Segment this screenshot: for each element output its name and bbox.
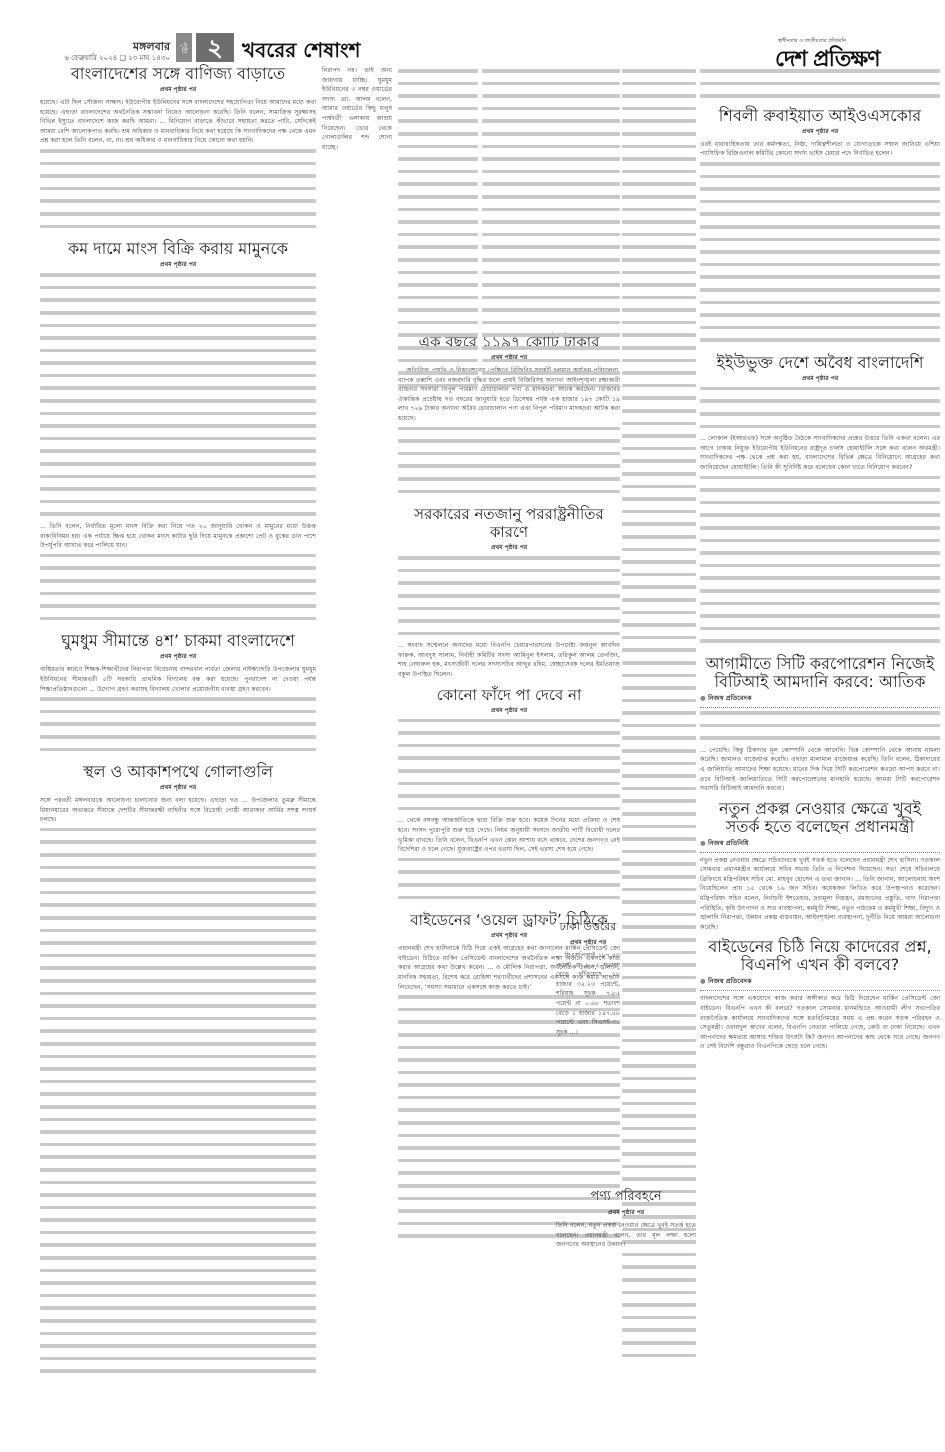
text-filler — [398, 82, 478, 92]
article-body: হয়েছে। এটা ছিল সৌজন্য সাক্ষাৎ। ইউরোপীয়… — [40, 98, 316, 146]
text-filler — [398, 594, 620, 604]
text-filler — [40, 225, 316, 235]
text-filler — [40, 1306, 316, 1316]
article-eu-illegal: ইইউভুক্ত দেশে অবৈধ বাংলাদেশি প্রথম পৃষ্ঠ… — [700, 354, 940, 649]
text-filler — [40, 903, 316, 913]
text-filler — [482, 258, 620, 268]
text-filler — [700, 564, 940, 574]
text-filler — [40, 1357, 316, 1367]
text-filler — [622, 862, 696, 872]
text-filler — [622, 674, 696, 684]
text-filler — [622, 1014, 696, 1024]
text-filler — [398, 308, 478, 318]
text-filler — [700, 175, 940, 185]
text-filler — [622, 447, 696, 457]
text-filler — [398, 271, 478, 281]
text-filler — [622, 346, 696, 356]
text-filler — [622, 749, 696, 759]
text-filler — [482, 359, 620, 369]
text-filler — [622, 94, 696, 104]
article-body: বাংলাদেশের সঙ্গে একযোগে কাজ করার অঙ্গীকা… — [700, 994, 940, 1052]
text-filler — [622, 1114, 696, 1124]
text-filler — [622, 119, 696, 129]
text-filler — [398, 94, 478, 104]
text-filler — [40, 1017, 316, 1027]
text-filler — [700, 82, 940, 92]
text-filler — [40, 828, 316, 838]
text-filler — [622, 560, 696, 570]
text-filler — [622, 296, 696, 306]
article-shibli: শিবলী রুবাইয়াত আইওএসকোর প্রথম পৃষ্ঠার প… — [700, 107, 940, 348]
text-filler — [398, 756, 620, 766]
text-filler — [40, 149, 316, 159]
text-filler — [700, 94, 940, 104]
text-filler — [40, 475, 316, 485]
text-filler — [398, 170, 478, 180]
text-filler — [622, 736, 696, 746]
text-filler — [40, 1118, 316, 1128]
article-headline: বাংলাদেশের সঙ্গে বাণিজ্য বাড়াতে — [40, 65, 316, 83]
text-filler — [40, 1281, 316, 1291]
text-filler — [622, 1127, 696, 1137]
text-filler — [622, 1165, 696, 1175]
text-filler — [622, 774, 696, 784]
text-filler — [622, 1341, 696, 1351]
text-filler — [622, 182, 696, 192]
text-filler — [40, 361, 316, 371]
text-filler — [622, 598, 696, 608]
text-filler — [40, 374, 316, 384]
text-filler — [398, 490, 620, 500]
text-filler — [40, 386, 316, 396]
text-filler — [398, 145, 478, 155]
text-filler — [622, 585, 696, 595]
text-filler — [40, 866, 316, 876]
text-filler — [622, 170, 696, 180]
text-filler — [622, 82, 696, 92]
text-filler — [622, 1089, 696, 1099]
text-filler — [40, 979, 316, 989]
text-filler — [482, 321, 620, 331]
text-filler — [398, 296, 478, 306]
text-filler — [398, 1108, 620, 1118]
text-filler — [40, 916, 316, 926]
text-filler — [40, 878, 316, 888]
text-filler — [700, 476, 940, 486]
bullet-icon: ● — [700, 839, 708, 847]
text-filler — [40, 1029, 316, 1039]
text-filler — [622, 422, 696, 432]
text-filler — [398, 569, 620, 579]
text-filler — [482, 233, 620, 243]
text-filler — [398, 1121, 620, 1131]
article-body: ... সংবাদ সম্মেলনে অন্যদের মধ্যে বিএনপি … — [398, 641, 620, 679]
text-filler — [700, 338, 940, 348]
text-filler — [700, 602, 940, 612]
article-foreign-policy: সরকারের নতজানু পররাষ্ট্রনীতির কারণে প্রথ… — [398, 505, 620, 680]
text-filler — [398, 157, 478, 167]
text-filler — [700, 212, 940, 222]
text-filler — [40, 412, 316, 422]
article-body: ... লোকাল (ইআরএফ) সঙ্গে অনুষ্ঠিত বৈঠকে স… — [700, 434, 940, 472]
continuation-label: প্রথম পৃষ্ঠার পর — [556, 1207, 696, 1218]
text-filler — [398, 464, 620, 474]
byline-text: নিজস্ব প্রতিবেদক — [708, 977, 752, 985]
text-filler — [398, 384, 478, 394]
text-filler — [40, 437, 316, 447]
text-filler — [622, 434, 696, 444]
text-filler — [398, 607, 620, 617]
text-filler — [622, 963, 696, 973]
text-filler — [700, 250, 940, 260]
text-filler — [622, 157, 696, 167]
text-filler — [700, 639, 940, 649]
text-filler — [40, 710, 316, 720]
text-filler — [482, 182, 620, 192]
article-headline: পণ্য পরিবহনে — [556, 1188, 696, 1206]
byline: ● নিজস্ব প্রতিনিধি — [700, 838, 940, 849]
text-filler — [482, 119, 620, 129]
text-filler — [40, 1319, 316, 1329]
text-filler — [40, 298, 316, 308]
text-filler — [622, 812, 696, 822]
text-filler — [398, 182, 478, 192]
article-new-projects: নতুন প্রকল্প নেওয়ার ক্ষেত্রে খুবই সতর্ক… — [700, 800, 940, 933]
text-filler — [40, 349, 316, 359]
column-market-stats: ঢাকা উত্তরের প্রথম পৃষ্ঠার পর ... সিএসপি… — [556, 915, 620, 1037]
text-filler — [622, 333, 696, 343]
text-filler — [398, 220, 478, 230]
text-filler — [482, 94, 620, 104]
continuation-label: প্রথম পৃষ্ঠার পর — [556, 937, 620, 948]
text-filler — [622, 1253, 696, 1263]
text-filler — [622, 245, 696, 255]
text-filler — [40, 1206, 316, 1216]
text-filler — [482, 271, 620, 281]
text-filler — [482, 107, 620, 117]
bullet-icon: ● — [700, 977, 708, 985]
text-filler — [700, 488, 940, 498]
text-filler — [622, 459, 696, 469]
text-filler — [700, 501, 940, 511]
text-filler — [622, 283, 696, 293]
text-filler — [398, 870, 620, 880]
text-filler — [40, 399, 316, 409]
text-filler — [622, 925, 696, 935]
text-filler — [398, 321, 478, 331]
text-filler — [622, 1039, 696, 1049]
text-filler — [700, 576, 940, 586]
column-middle-right-upper — [482, 66, 620, 393]
text-filler — [398, 1134, 620, 1144]
text-filler — [398, 883, 620, 893]
text-filler — [398, 1046, 620, 1056]
text-filler — [622, 611, 696, 621]
text-filler — [398, 858, 620, 868]
text-filler — [398, 581, 620, 591]
text-filler — [40, 1080, 316, 1090]
text-filler — [398, 439, 620, 449]
text-filler — [40, 1193, 316, 1203]
masthead: মঙ্গলবার ৬ ফেব্রুয়ারি ২০২৪ ❑ ২৩ মাঘ ১৪৩… — [0, 0, 945, 62]
text-filler — [482, 195, 620, 205]
article-trade: বাংলাদেশের সঙ্গে বাণিজ্য বাড়াতে প্রথম প… — [40, 65, 316, 234]
article-headline: কম দামে মাংস বিক্রি করায় মামুনকে — [40, 240, 316, 258]
text-filler — [40, 735, 316, 745]
text-filler — [40, 722, 316, 732]
text-filler — [398, 782, 620, 792]
text-filler — [398, 132, 478, 142]
text-filler — [700, 69, 940, 79]
article-body: এরই ধারাবাহিকতায় তার কর্মদক্ষতা, নিষ্ঠা… — [700, 140, 940, 159]
article-meat: কম দামে মাংস বিক্রি করায় মামুনকে প্রথম … — [40, 240, 316, 626]
text-filler — [622, 938, 696, 948]
text-filler — [700, 627, 940, 637]
byline: ● নিজস্ব প্রতিবেদক — [700, 976, 940, 987]
text-filler — [398, 896, 620, 906]
text-filler — [622, 233, 696, 243]
text-filler — [40, 462, 316, 472]
text-filler — [622, 573, 696, 583]
article-headline: সরকারের নতজানু পররাষ্ট্রনীতির কারণে — [398, 505, 620, 541]
text-filler — [40, 273, 316, 283]
text-filler — [482, 157, 620, 167]
text-filler — [622, 1077, 696, 1087]
text-filler — [40, 1168, 316, 1178]
text-filler — [482, 69, 620, 79]
text-filler — [700, 313, 940, 323]
text-filler — [40, 966, 316, 976]
text-filler — [700, 162, 940, 172]
text-filler — [622, 988, 696, 998]
text-filler — [700, 589, 940, 599]
text-filler — [700, 724, 940, 734]
text-filler — [622, 661, 696, 671]
text-filler — [40, 1181, 316, 1191]
text-filler — [398, 769, 620, 779]
text-filler — [482, 208, 620, 218]
text-filler — [40, 1143, 316, 1153]
article-body: ... থেকে বঙ্গবন্ধু আন্তর্জাতিকে দ্বারা ব… — [398, 816, 620, 854]
text-filler — [40, 954, 316, 964]
text-filler — [398, 477, 620, 487]
text-filler — [398, 107, 478, 117]
text-filler — [700, 513, 940, 523]
text-filler — [622, 535, 696, 545]
article-headline: ঢাকা উত্তরের — [556, 918, 620, 936]
text-filler — [622, 485, 696, 495]
continuation-label: প্রথম পৃষ্ঠার পর — [40, 782, 316, 793]
text-filler — [622, 69, 696, 79]
text-filler — [40, 512, 316, 522]
text-filler — [40, 1055, 316, 1065]
text-filler — [622, 1291, 696, 1301]
text-filler — [40, 840, 316, 850]
text-filler — [482, 296, 620, 306]
continuation-label: প্রথম পৃষ্ঠার পর — [40, 651, 316, 662]
text-filler — [622, 787, 696, 797]
text-filler — [622, 522, 696, 532]
text-filler — [622, 875, 696, 885]
text-filler — [700, 187, 940, 197]
text-filler — [40, 604, 316, 614]
text-filler — [398, 245, 478, 255]
text-filler — [398, 427, 620, 437]
text-filler — [482, 170, 620, 180]
text-filler — [482, 82, 620, 92]
text-filler — [40, 199, 316, 209]
text-filler — [398, 1159, 620, 1169]
text-filler — [40, 697, 316, 707]
text-filler — [398, 333, 478, 343]
text-filler — [482, 283, 620, 293]
text-filler — [622, 107, 696, 117]
text-filler — [622, 648, 696, 658]
text-filler — [40, 1269, 316, 1279]
text-filler — [622, 208, 696, 218]
text-filler — [398, 744, 620, 754]
text-filler — [622, 1064, 696, 1074]
text-filler — [40, 311, 316, 321]
text-filler — [700, 539, 940, 549]
article-body: সঙ্গে পরবর্তী মঙ্গলবারকে আলোচনা চালানোর … — [40, 796, 316, 825]
text-filler — [398, 452, 620, 462]
text-filler — [622, 1152, 696, 1162]
text-filler — [482, 384, 620, 394]
text-filler — [398, 119, 478, 129]
text-filler — [40, 592, 316, 602]
text-filler — [622, 497, 696, 507]
article-ghumdhum: ঘুমধুম সীমান্তে ৪শ’ চাকমা বাংলাদেশে প্রথ… — [40, 632, 316, 757]
continuation-label: প্রথম পৃষ্ঠার পর — [700, 373, 940, 384]
text-filler — [622, 548, 696, 558]
text-filler — [40, 487, 316, 497]
text-filler — [398, 731, 620, 741]
divider — [700, 852, 940, 853]
text-filler — [622, 623, 696, 633]
text-filler — [622, 1051, 696, 1061]
continuation-label: প্রথম পৃষ্ঠার পর — [700, 126, 940, 137]
article-headline: আগামীতে সিটি করপোরেশন নিজেই বিটিআই আমদান… — [700, 655, 940, 691]
text-filler — [622, 271, 696, 281]
text-filler — [398, 371, 478, 381]
text-filler — [40, 449, 316, 459]
article-headline: কোনো ফাঁদে পা দেবে না — [398, 686, 620, 704]
text-filler — [622, 132, 696, 142]
divider — [700, 990, 940, 991]
article-headline: ঘুমধুম সীমান্তে ৪শ’ চাকমা বাংলাদেশে — [40, 632, 316, 650]
text-filler — [482, 308, 620, 318]
continuation-label: প্রথম পৃষ্ঠার পর — [40, 84, 316, 95]
text-filler — [40, 929, 316, 939]
text-filler — [622, 1001, 696, 1011]
text-filler — [482, 220, 620, 230]
column-middle-upper — [398, 66, 478, 393]
text-filler — [398, 208, 478, 218]
text-filler — [40, 1067, 316, 1077]
text-filler — [622, 258, 696, 268]
column-right-narrow — [622, 66, 696, 1363]
text-filler — [398, 719, 620, 729]
text-filler — [700, 425, 940, 435]
text-filler — [622, 762, 696, 772]
text-filler — [622, 396, 696, 406]
text-filler — [700, 711, 940, 721]
continuation-label: প্রথম পৃষ্ঠার পর — [398, 542, 620, 553]
text-filler — [40, 187, 316, 197]
text-filler — [700, 412, 940, 422]
text-filler — [622, 195, 696, 205]
column-goods-transport: পণ্য পরিবহনে প্রথম পৃষ্ঠার পর তিনি বলেন,… — [556, 1185, 696, 1250]
article-no-trap: কোনো ফাঁদে পা দেবে না প্রথম পৃষ্ঠার পর .… — [398, 686, 620, 906]
text-filler — [482, 245, 620, 255]
text-filler — [700, 288, 940, 298]
text-filler — [398, 1171, 620, 1181]
text-filler — [622, 1316, 696, 1326]
text-filler — [622, 1139, 696, 1149]
article-body: অস্থিরতার কারণে শিক্ষক-শিক্ষার্থীদের নির… — [40, 665, 316, 694]
text-filler — [622, 711, 696, 721]
bullet-icon: ● — [700, 694, 708, 702]
text-filler — [40, 853, 316, 863]
text-filler — [622, 900, 696, 910]
text-filler — [622, 913, 696, 923]
text-filler — [482, 132, 620, 142]
column-right: শিবলী রুবাইয়াত আইওএসকোর প্রথম পৃষ্ঠার প… — [700, 66, 940, 1058]
text-filler — [700, 200, 940, 210]
text-filler — [398, 1096, 620, 1106]
article-headline: স্থল ও আকাশপথে গোলাগুলি — [40, 763, 316, 781]
text-filler — [398, 258, 478, 268]
text-filler — [622, 220, 696, 230]
text-filler — [622, 145, 696, 155]
text-filler — [622, 1026, 696, 1036]
text-filler — [482, 371, 620, 381]
text-filler — [40, 1243, 316, 1253]
article-headline: ইইউভুক্ত দেশে অবৈধ বাংলাদেশি — [700, 354, 940, 372]
text-filler — [482, 333, 620, 343]
text-filler — [40, 286, 316, 296]
column-narrow-continuation: নিরাপদ নয়। তাই অন্য জায়গায় যাচ্ছি। ঘু… — [322, 66, 392, 152]
article-gunfire: স্থল ও আকাশপথে গোলাগুলি প্রথম পৃষ্ঠার পর… — [40, 763, 316, 1379]
text-filler — [40, 1369, 316, 1379]
text-filler — [40, 424, 316, 434]
text-filler — [40, 941, 316, 951]
text-filler — [622, 321, 696, 331]
article-headline: শিবলী রুবাইয়াত আইওএসকোর — [700, 107, 940, 125]
text-filler — [398, 807, 620, 817]
text-filler — [398, 69, 478, 79]
text-filler — [40, 212, 316, 222]
text-filler — [40, 1004, 316, 1014]
byline-text: নিজস্ব প্রতিনিধি — [708, 839, 749, 847]
text-filler — [398, 1083, 620, 1093]
text-filler — [40, 174, 316, 184]
text-filler — [622, 799, 696, 809]
text-filler — [622, 724, 696, 734]
text-filler — [700, 301, 940, 311]
text-filler — [40, 566, 316, 576]
article-headline: বাইডেনের চিঠি নিয়ে কাদেরের প্রশ্ন, বিএন… — [700, 938, 940, 974]
article-body: ... তিনি বলেন, নির্ধারিত মূল্যে মাংস বিক… — [40, 522, 316, 551]
text-filler — [398, 556, 620, 566]
text-filler — [622, 1328, 696, 1338]
text-filler — [622, 510, 696, 520]
text-filler — [40, 992, 316, 1002]
text-filler — [622, 951, 696, 961]
byline: ● নিজস্ব প্রতিবেদক — [700, 693, 940, 704]
text-filler — [398, 283, 478, 293]
